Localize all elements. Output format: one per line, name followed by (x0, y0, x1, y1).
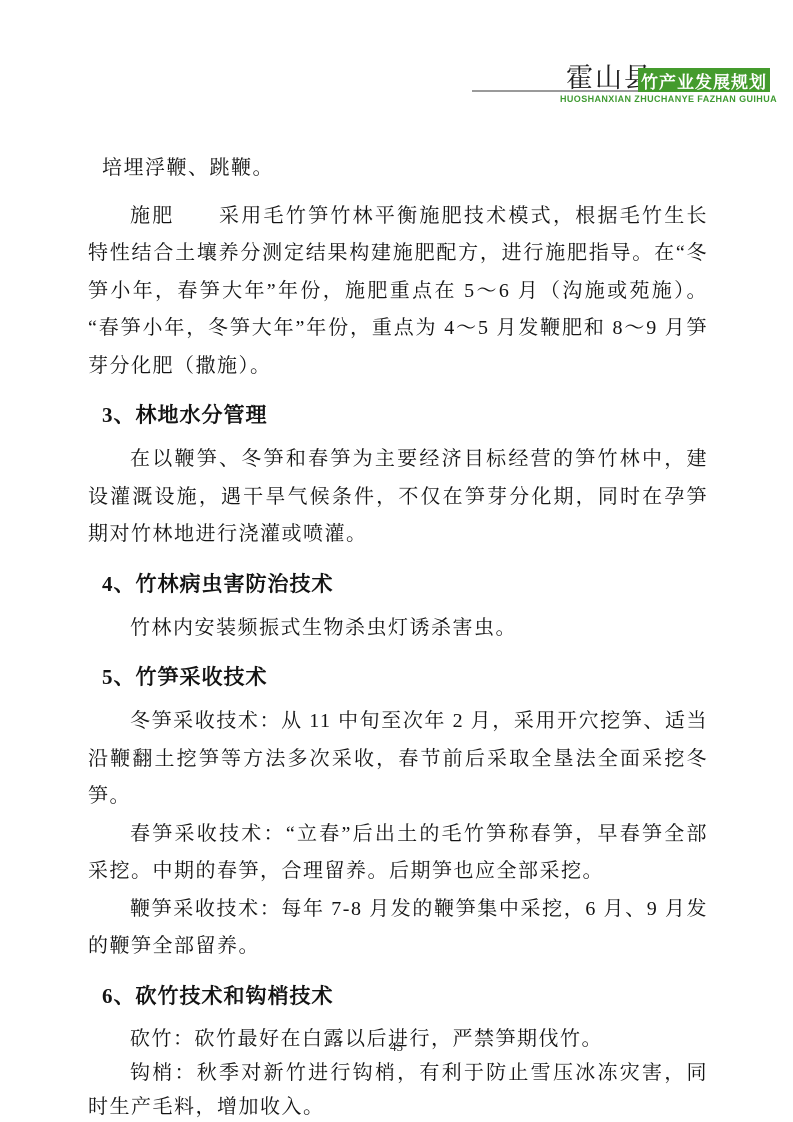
paragraph-winter-shoot-harvest: 冬笋采收技术：从 11 中旬至次年 2 月，采用开穴挖笋、适当沿鞭翻土挖笋等方法… (88, 703, 708, 816)
paragraph-pest-control: 竹林内安装频振式生物杀虫灯诱杀害虫。 (88, 610, 708, 648)
paragraph-irrigation: 在以鞭笋、冬笋和春笋为主要经济目标经营的笋竹林中，建设灌溉设施，遇干旱气候条件，… (88, 441, 708, 554)
section-heading-pest-control: 4、竹林病虫害防治技术 (102, 571, 708, 597)
paragraph-spring-shoot-harvest: 春笋采收技术：“立春”后出土的毛竹笋称春笋，早春笋全部采挖。中期的春笋，合理留养… (88, 816, 708, 891)
page-number: 45 (390, 1039, 403, 1054)
paragraph-fertilization: 施肥 采用毛竹笋竹林平衡施肥技术模式，根据毛竹生长特性结合土壤养分测定结果构建施… (88, 198, 708, 386)
document-page: 霍山县 竹产业发展规划 HUOSHANXIAN ZHUCHANYE FAZHAN… (0, 0, 793, 1122)
document-title-pinyin: HUOSHANXIAN ZHUCHANYE FAZHAN GUIHUA (560, 94, 772, 104)
paragraph-whip-shoot-harvest: 鞭笋采收技术：每年 7-8 月发的鞭笋集中采挖，6 月、9 月发的鞭笋全部留养。 (88, 891, 708, 966)
page-footer: 45 (0, 1039, 793, 1055)
paragraph-whip-burying: 培埋浮鞭、跳鞭。 (88, 150, 708, 188)
page-header: 霍山县 竹产业发展规划 HUOSHANXIAN ZHUCHANYE FAZHAN… (0, 0, 793, 118)
section-heading-water-management: 3、林地水分管理 (102, 402, 708, 428)
document-title-badge: 竹产业发展规划 (638, 68, 770, 92)
header-rule (472, 90, 638, 92)
section-heading-shoot-harvest: 5、竹笋采收技术 (102, 664, 708, 690)
paragraph-top-hooking: 钩梢：秋季对新竹进行钩梢，有利于防止雪压冰冻灾害，同时生产毛料，增加收入。 (88, 1056, 708, 1122)
document-body: 培埋浮鞭、跳鞭。 施肥 采用毛竹笋竹林平衡施肥技术模式，根据毛竹生长特性结合土壤… (88, 150, 708, 1122)
section-heading-cutting-hooking: 6、砍竹技术和钩梢技术 (102, 983, 708, 1009)
